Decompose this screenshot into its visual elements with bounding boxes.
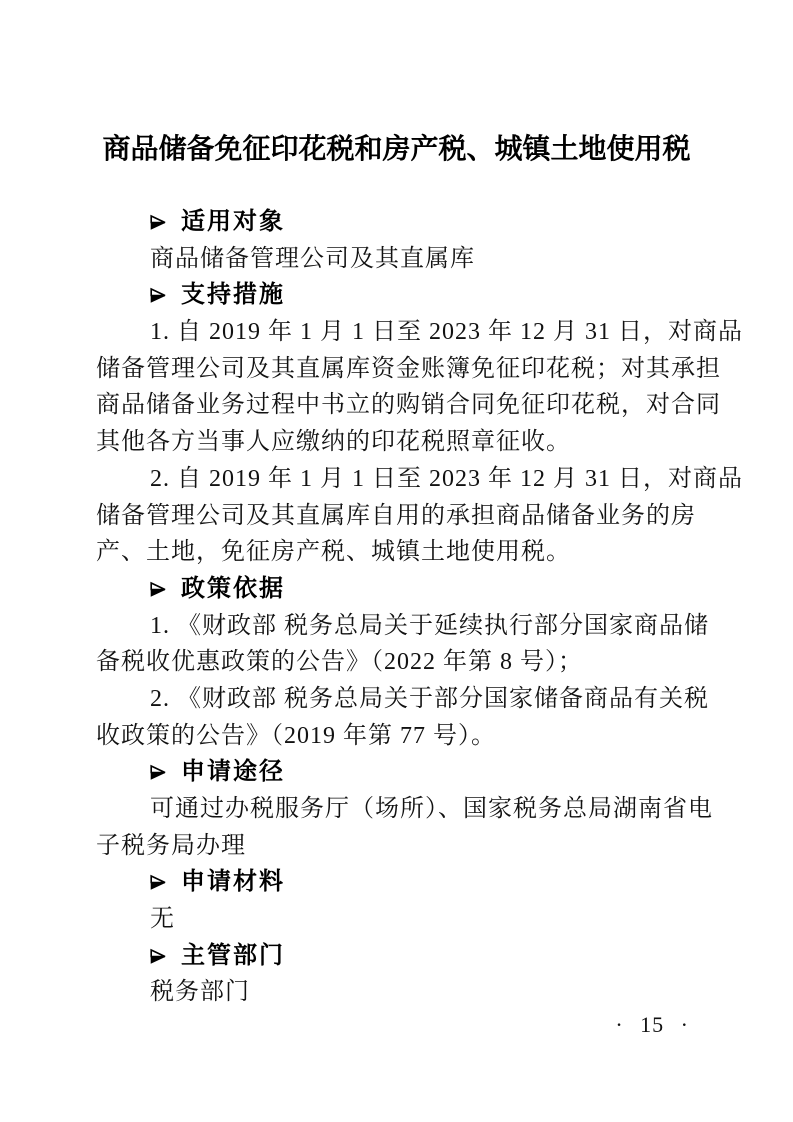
section-heading: 政策依据 <box>96 571 703 608</box>
section-heading: 申请材料 <box>96 864 703 901</box>
arrow-bullet-icon <box>150 581 167 598</box>
body-line: 可通过办税服务厅（场所）、国家税务总局湖南省电 <box>96 791 703 828</box>
body-line: 2. 自 2019 年 1 月 1 日至 2023 年 12 月 31 日，对商… <box>96 461 703 498</box>
section-heading-label: 支持措施 <box>181 277 285 314</box>
section-heading: 适用对象 <box>96 204 703 241</box>
body-line: 备税收优惠政策的公告》（2022 年第 8 号）； <box>96 644 703 681</box>
arrow-bullet-icon <box>150 287 167 304</box>
body-line: 子税务局办理 <box>96 828 703 865</box>
body-line: 商品储备业务过程中书立的购销合同免征印花税，对合同 <box>96 387 703 424</box>
section-heading-label: 申请材料 <box>181 864 285 901</box>
document-body: 适用对象商品储备管理公司及其直属库支持措施1. 自 2019 年 1 月 1 日… <box>0 204 793 1011</box>
section-heading: 主管部门 <box>96 938 703 975</box>
page-footer: · 15 · <box>615 1012 689 1038</box>
body-line: 收政策的公告》（2019 年第 77 号）。 <box>96 718 703 755</box>
section-heading: 支持措施 <box>96 277 703 314</box>
section-heading-label: 政策依据 <box>181 571 285 608</box>
arrow-bullet-icon <box>150 948 167 965</box>
arrow-bullet-icon <box>150 764 167 781</box>
body-line: 税务部门 <box>96 974 703 1011</box>
body-line: 1. 自 2019 年 1 月 1 日至 2023 年 12 月 31 日，对商… <box>96 314 703 351</box>
section-heading-label: 适用对象 <box>181 204 285 241</box>
page-title: 商品储备免征印花税和房产税、城镇土地使用税 <box>0 0 793 170</box>
body-line: 1. 《财政部 税务总局关于延续执行部分国家商品储 <box>96 608 703 645</box>
body-line: 2. 《财政部 税务总局关于部分国家储备商品有关税 <box>96 681 703 718</box>
arrow-bullet-icon <box>150 874 167 891</box>
section-heading: 申请途径 <box>96 754 703 791</box>
body-line: 其他各方当事人应缴纳的印花税照章征收。 <box>96 424 703 461</box>
body-line: 商品储备管理公司及其直属库 <box>96 241 703 278</box>
section-heading-label: 申请途径 <box>181 754 285 791</box>
page-number: · 15 · <box>615 1012 689 1037</box>
section-heading-label: 主管部门 <box>181 938 285 975</box>
body-line: 产、土地，免征房产税、城镇土地使用税。 <box>96 534 703 571</box>
body-line: 无 <box>96 901 703 938</box>
document-page: 商品储备免征印花税和房产税、城镇土地使用税 适用对象商品储备管理公司及其直属库支… <box>0 0 793 1122</box>
body-line: 储备管理公司及其直属库资金账簿免征印花税；对其承担 <box>96 351 703 388</box>
arrow-bullet-icon <box>150 214 167 231</box>
body-line: 储备管理公司及其直属库自用的承担商品储备业务的房 <box>96 498 703 535</box>
